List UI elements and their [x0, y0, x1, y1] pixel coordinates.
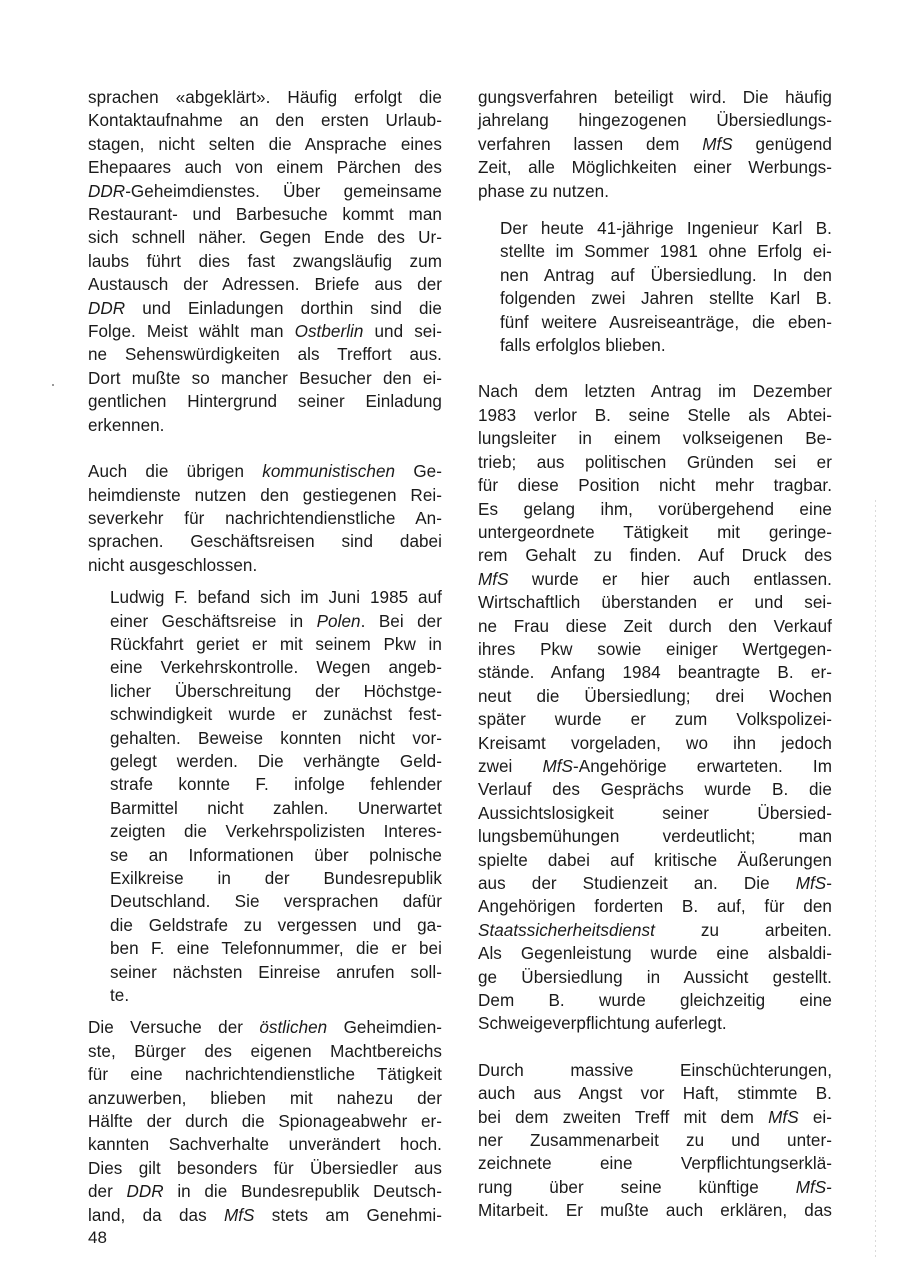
text-line: neut die Übersiedlung; drei Wochen: [478, 685, 832, 708]
text-line: Angehörigen forderten B. auf, für den: [478, 895, 832, 918]
text-line: sprachen «abgeklärt». Häufig erfolgt die: [88, 86, 442, 109]
document-page: sprachen «abgeklärt». Häufig erfolgt die…: [0, 0, 900, 1276]
text-line: licher Überschreitung der Höchstge-: [110, 680, 442, 703]
text-line: Nach dem letzten Antrag im Dezember: [478, 380, 832, 403]
text-line: eine Verkehrskontrolle. Wegen angeb-: [110, 656, 442, 679]
text-line: Ehepaares auch von einem Pärchen des: [88, 156, 442, 179]
text-line: gentlichen Hintergrund seiner Einladung: [88, 390, 442, 413]
indented-example-paragraph: Ludwig F. befand sich im Juni 1985 aufei…: [110, 586, 442, 1007]
page-number: 48: [88, 1228, 107, 1248]
text-line: Die Versuche der östlichen Geheimdien-: [88, 1016, 442, 1039]
text-line: Als Gegenleistung wurde eine alsbaldi-: [478, 942, 832, 965]
text-line: land, da das MfS stets am Genehmi-: [88, 1204, 442, 1227]
text-line: Wirtschaftlich überstanden er und sei-: [478, 591, 832, 614]
text-line: Staatssicherheitsdienst zu arbeiten.: [478, 919, 832, 942]
text-line: Deutschland. Sie versprachen dafür: [110, 890, 442, 913]
text-line: seiner nächsten Einreise anrufen soll-: [110, 961, 442, 984]
text-line: zeigten die Verkehrspolizisten Interes-: [110, 820, 442, 843]
text-line: te.: [110, 984, 442, 1007]
text-line: Verlauf des Gesprächs wurde B. die: [478, 778, 832, 801]
text-line: ben F. eine Telefonnummer, die er bei: [110, 937, 442, 960]
text-line: zwei MfS-Angehörige erwarteten. Im: [478, 755, 832, 778]
text-line: Austausch der Adressen. Briefe aus der: [88, 273, 442, 296]
paragraph: Durch massive Einschüchterungen,auch aus…: [478, 1059, 832, 1223]
text-line: auch aus Angst vor Haft, stimmte B.: [478, 1082, 832, 1105]
text-line: heimdienste nutzen den gestiegenen Rei-: [88, 484, 442, 507]
text-line: Kreisamt vorgeladen, wo ihn jedoch: [478, 732, 832, 755]
text-line: ihres Pkw sowie einiger Wertgegen-: [478, 638, 832, 661]
paragraph: gungsverfahren beteiligt wird. Die häufi…: [478, 86, 832, 203]
paragraph: Nach dem letzten Antrag im Dezember1983 …: [478, 380, 832, 1035]
text-line: sprachen. Geschäftsreisen sind dabei: [88, 530, 442, 553]
text-line: Dort mußte so mancher Besucher den ei-: [88, 367, 442, 390]
text-line: spielte dabei auf kritische Äußerungen: [478, 849, 832, 872]
text-line: verfahren lassen dem MfS genügend: [478, 133, 832, 156]
indented-example-paragraph: Der heute 41-jährige Ingenieur Karl B.st…: [500, 217, 832, 357]
text-line: Kontaktaufnahme an den ersten Urlaub-: [88, 109, 442, 132]
text-line: Durch massive Einschüchterungen,: [478, 1059, 832, 1082]
paragraph: Auch die übrigen kommunistischen Ge-heim…: [88, 460, 442, 577]
text-line: bei dem zweiten Treff mit dem MfS ei-: [478, 1106, 832, 1129]
text-line: Aussichtslosigkeit seiner Übersied-: [478, 802, 832, 825]
paragraph: Die Versuche der östlichen Geheimdien-st…: [88, 1016, 442, 1227]
paragraph: sprachen «abgeklärt». Häufig erfolgt die…: [88, 86, 442, 437]
text-line: Ludwig F. befand sich im Juni 1985 auf: [110, 586, 442, 609]
text-line: schwindigkeit wurde er zunächst fest-: [110, 703, 442, 726]
text-line: falls erfolglos blieben.: [500, 334, 832, 357]
text-line: stagen, nicht selten die Ansprache eines: [88, 133, 442, 156]
scan-speck: [52, 384, 54, 386]
text-line: rem Gehalt zu finden. Auf Druck des: [478, 544, 832, 567]
text-line: stellte im Sommer 1981 ohne Erfolg ei-: [500, 240, 832, 263]
text-line: lungsbemühungen verdeutlicht; man: [478, 825, 832, 848]
text-line: DDR-Geheimdienstes. Über gemeinsame: [88, 180, 442, 203]
text-line: gungsverfahren beteiligt wird. Die häufi…: [478, 86, 832, 109]
text-line: Zeit, alle Möglichkeiten einer Werbungs-: [478, 156, 832, 179]
text-line: severkehr für nachrichtendienstliche An-: [88, 507, 442, 530]
text-line: einer Geschäftsreise in Polen. Bei der: [110, 610, 442, 633]
text-line: sich schnell näher. Gegen Ende des Ur-: [88, 226, 442, 249]
text-line: Exilkreise in der Bundesrepublik: [110, 867, 442, 890]
text-line: ner Zusammenarbeit zu und unter-: [478, 1129, 832, 1152]
text-line: DDR und Einladungen dorthin sind die: [88, 297, 442, 320]
text-line: phase zu nutzen.: [478, 180, 832, 203]
text-line: Es gelang ihm, vorübergehend eine: [478, 498, 832, 521]
text-line: zeichnete eine Verpflichtungserklä-: [478, 1152, 832, 1175]
text-line: Barmittel nicht zahlen. Unerwartet: [110, 797, 442, 820]
text-line: MfS wurde er hier auch entlassen.: [478, 568, 832, 591]
text-line: ste, Bürger des eigenen Machtbereichs: [88, 1040, 442, 1063]
text-line: se an Informationen über polnische: [110, 844, 442, 867]
text-line: Dem B. wurde gleichzeitig eine: [478, 989, 832, 1012]
text-line: lungsleiter in einem volkseigenen Be-: [478, 427, 832, 450]
text-line: Folge. Meist wählt man Ostberlin und sei…: [88, 320, 442, 343]
text-line: kannten Sachverhalte unverändert hoch.: [88, 1133, 442, 1156]
text-line: rung über seine künftige MfS-: [478, 1176, 832, 1199]
text-line: nicht ausgeschlossen.: [88, 554, 442, 577]
text-line: fünf weitere Ausreiseanträge, die eben-: [500, 311, 832, 334]
text-line: untergeordnete Tätigkeit mit geringe-: [478, 521, 832, 544]
text-line: anzuwerben, blieben mit nahezu der: [88, 1087, 442, 1110]
right-column: gungsverfahren beteiligt wird. Die häufi…: [478, 86, 832, 1223]
text-line: Hälfte der durch die Spionageabwehr er-: [88, 1110, 442, 1133]
left-column: sprachen «abgeklärt». Häufig erfolgt die…: [88, 86, 442, 1227]
text-line: trieb; aus politischen Gründen sei er: [478, 451, 832, 474]
text-line: stände. Anfang 1984 beantragte B. er-: [478, 661, 832, 684]
text-line: ne Sehenswürdigkeiten als Treffort aus.: [88, 343, 442, 366]
text-line: Restaurant- und Barbesuche kommt man: [88, 203, 442, 226]
text-line: nen Antrag auf Übersiedlung. In den: [500, 264, 832, 287]
text-line: gelegt werden. Die verhängte Geld-: [110, 750, 442, 773]
text-line: Schweigeverpflichtung auferlegt.: [478, 1012, 832, 1035]
text-line: laubs führt dies fast zwangsläufig zum: [88, 250, 442, 273]
text-line: ge Übersiedlung in Aussicht gestellt.: [478, 966, 832, 989]
text-line: gehalten. Beweise konnten nicht vor-: [110, 727, 442, 750]
text-line: für diese Position nicht mehr tragbar.: [478, 474, 832, 497]
text-line: aus der Studienzeit an. Die MfS-: [478, 872, 832, 895]
text-line: später wurde er zum Volkspolizei-: [478, 708, 832, 731]
text-line: Dies gilt besonders für Übersiedler aus: [88, 1157, 442, 1180]
text-line: folgenden zwei Jahren stellte Karl B.: [500, 287, 832, 310]
text-line: Der heute 41-jährige Ingenieur Karl B.: [500, 217, 832, 240]
text-line: der DDR in die Bundesrepublik Deutsch-: [88, 1180, 442, 1203]
text-line: jahrelang hingezogenen Übersiedlungs-: [478, 109, 832, 132]
text-line: die Geldstrafe zu vergessen und ga-: [110, 914, 442, 937]
scan-edge-artifact: [875, 500, 876, 1260]
text-line: für eine nachrichtendienstliche Tätigkei…: [88, 1063, 442, 1086]
text-line: Rückfahrt geriet er mit seinem Pkw in: [110, 633, 442, 656]
text-line: Mitarbeit. Er mußte auch erklären, das: [478, 1199, 832, 1222]
text-line: 1983 verlor B. seine Stelle als Abtei-: [478, 404, 832, 427]
text-line: ne Frau diese Zeit durch den Verkauf: [478, 615, 832, 638]
text-line: Auch die übrigen kommunistischen Ge-: [88, 460, 442, 483]
text-line: strafe konnte F. infolge fehlender: [110, 773, 442, 796]
text-line: erkennen.: [88, 414, 442, 437]
